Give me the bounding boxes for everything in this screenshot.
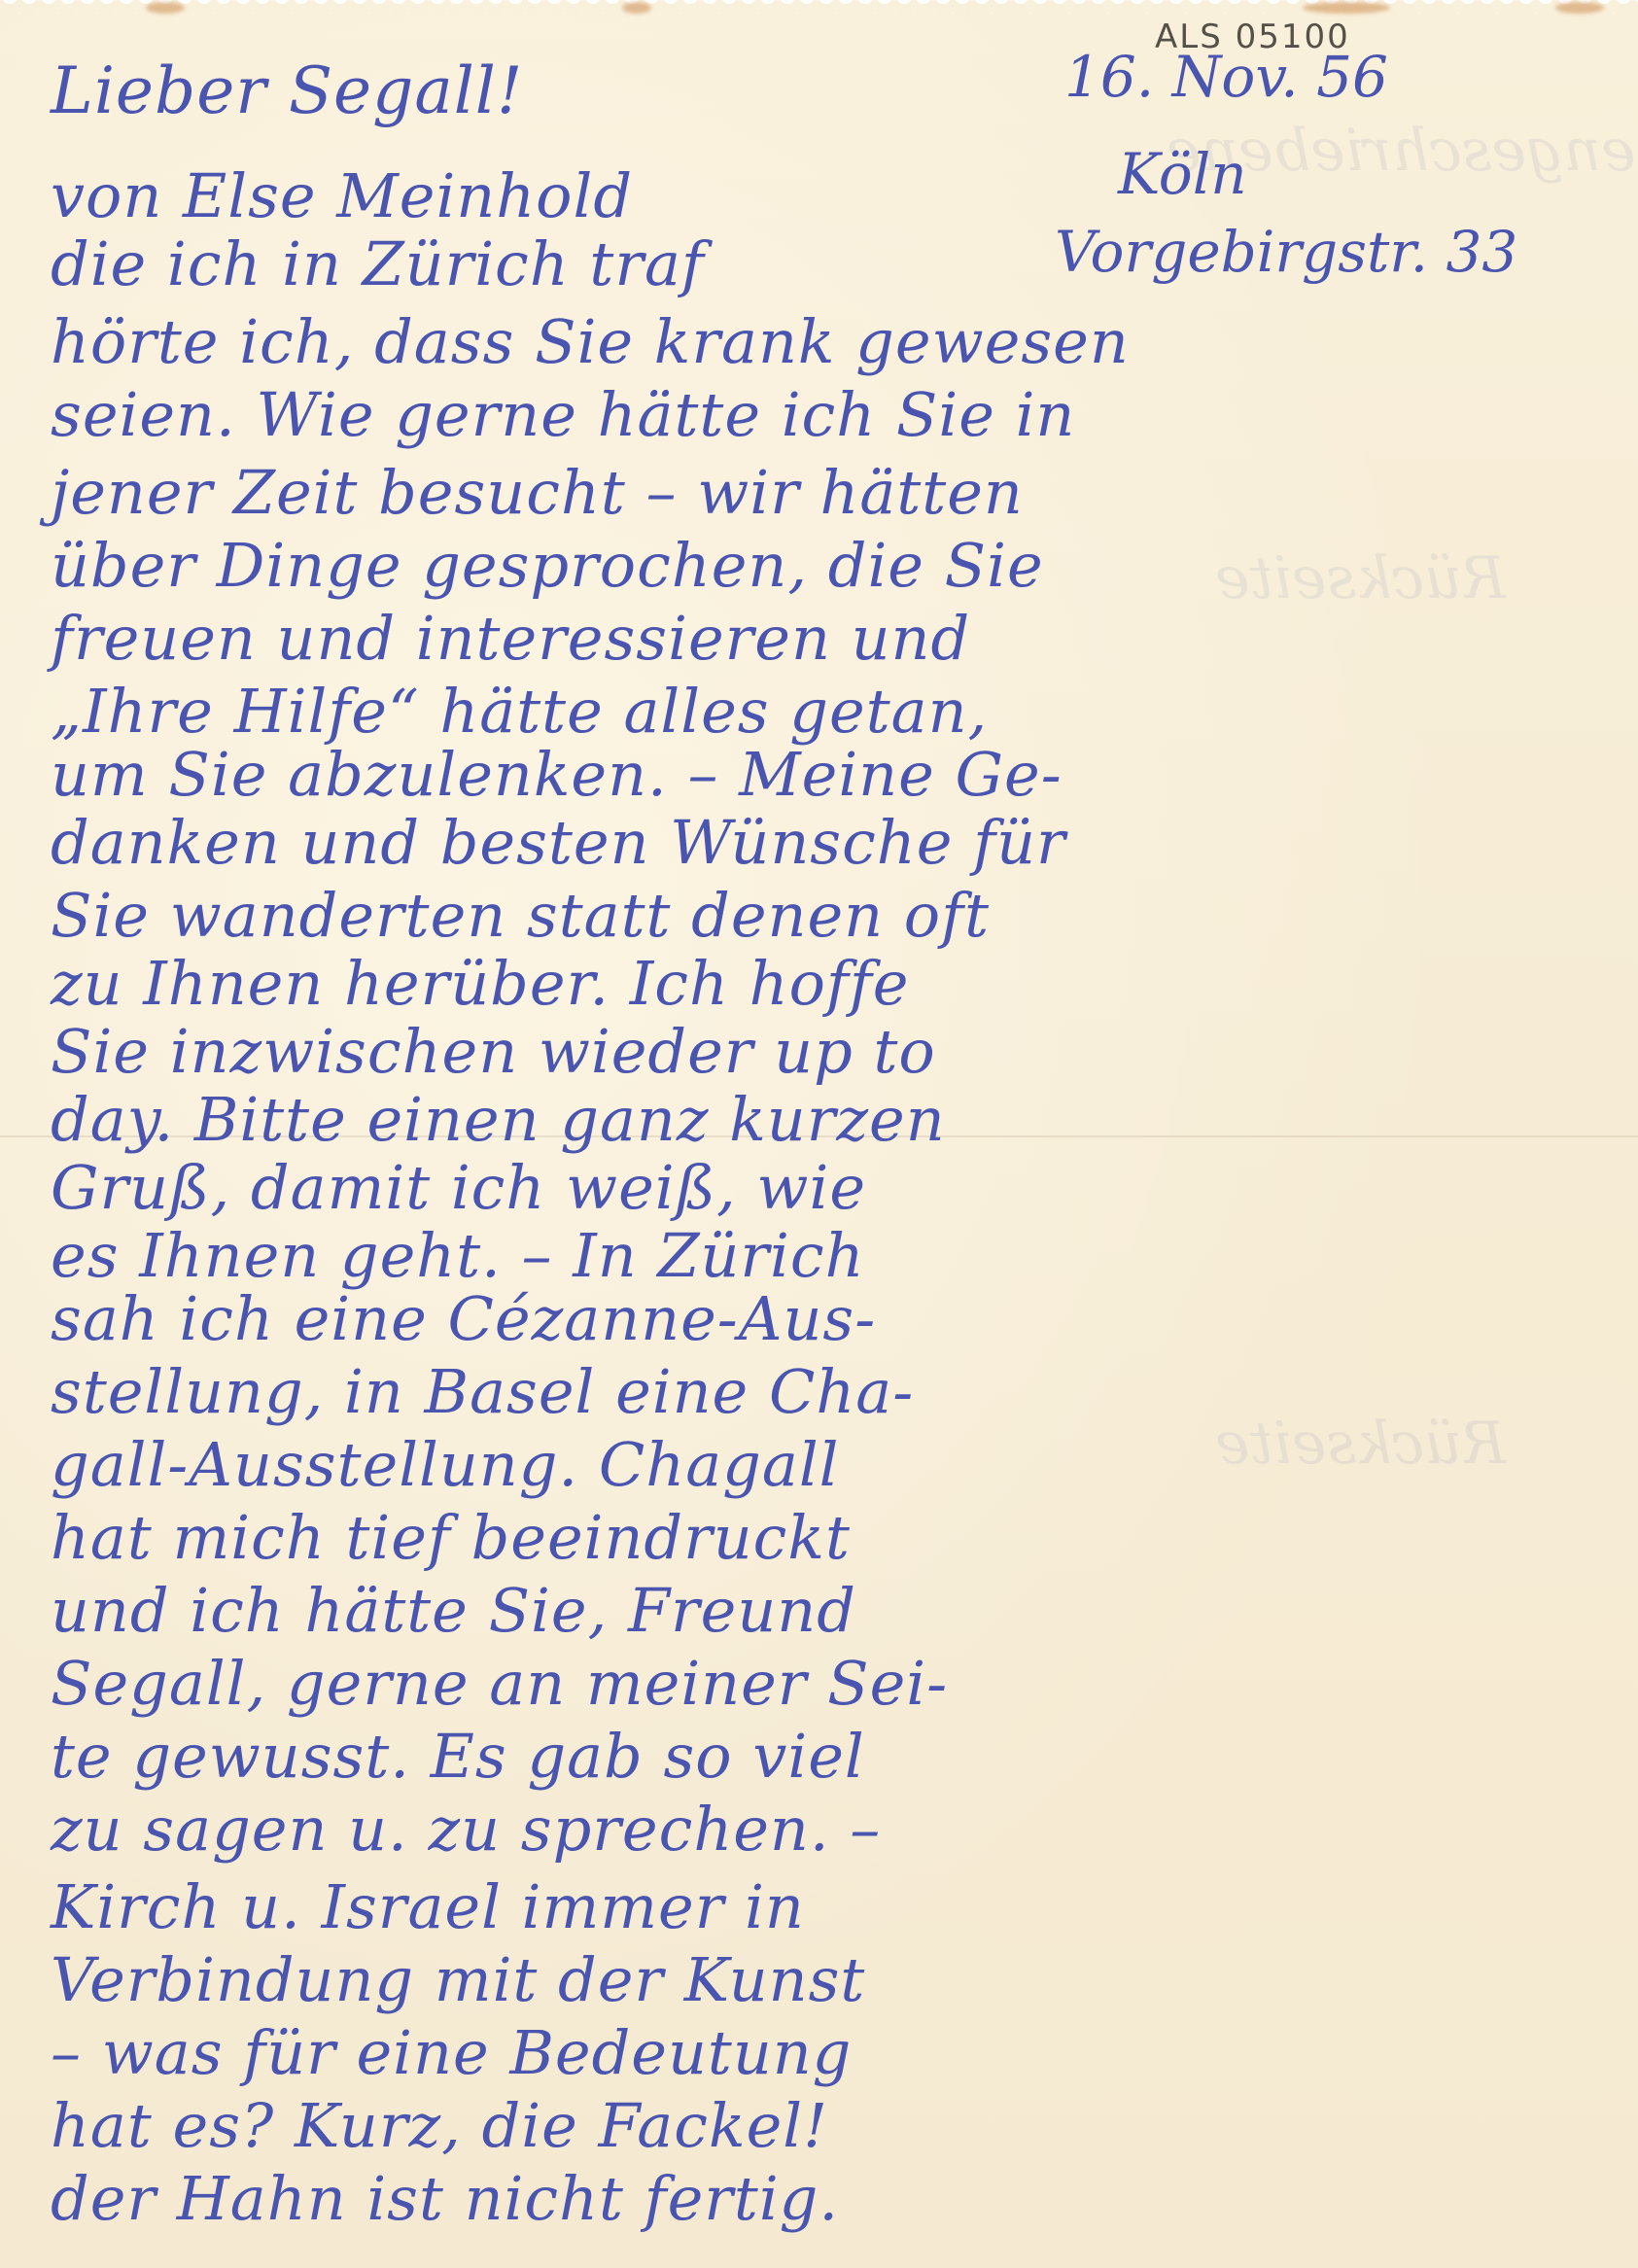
letter-line: der Hahn ist nicht fertig. <box>51 2163 839 2234</box>
rust-stain <box>1303 2 1390 14</box>
letter-line: zu Ihnen herüber. Ich hoffe <box>51 948 910 1019</box>
letter-line: Verbindung mit der Kunst <box>51 1944 865 2015</box>
letter-address: Vorgebirgstr. 33 <box>1055 219 1517 285</box>
letter-line: und ich hätte Sie, Freund <box>51 1575 856 1646</box>
letter-line: Kirch u. Israel immer in <box>51 1871 805 1942</box>
letter-line: jener Zeit besucht – wir hätten <box>51 457 1024 528</box>
ink-bleed-through: Rückseite <box>1215 1410 1506 1478</box>
letter-line: um Sie abzulenken. – Meine Ge- <box>51 739 1063 810</box>
letter-line: von Else Meinhold <box>51 160 633 231</box>
salutation: Lieber Segall! <box>51 53 523 128</box>
letter-line: Sie inzwischen wieder up to <box>51 1016 936 1087</box>
letter-line: te gewusst. Es gab so viel <box>51 1721 865 1792</box>
letter-line: es Ihnen geht. – In Zürich <box>51 1220 865 1291</box>
letter-line: freuen und interessieren und <box>51 603 970 674</box>
letter-line: hat mich tief beeindruckt <box>51 1502 851 1573</box>
letter-line: zu sagen u. zu sprechen. – <box>51 1794 881 1865</box>
rust-stain <box>1555 2 1604 14</box>
letter-line: die ich in Zürich traf <box>51 228 705 299</box>
letter-line: – was für eine Bedeutung <box>51 2017 852 2088</box>
letter-line: danken und besten Wünsche für <box>51 807 1066 878</box>
letter-page: Gegengeschriebene Rückseite Rückseite AL… <box>0 0 1638 2268</box>
letter-line: day. Bitte einen ganz kurzen <box>51 1084 946 1155</box>
letter-line: sah ich eine Cézanne-Aus- <box>51 1283 876 1354</box>
rust-stain <box>146 2 185 14</box>
letter-place: Köln <box>1118 141 1247 207</box>
letter-line: „Ihre Hilfe“ hätte alles getan, <box>51 676 988 747</box>
letter-line: stellung, in Basel eine Cha- <box>51 1356 914 1427</box>
letter-date: 16. Nov. 56 <box>1064 44 1388 110</box>
letter-line: hörte ich, dass Sie krank gewesen <box>51 306 1130 377</box>
letter-line: seien. Wie gerne hätte ich Sie in <box>51 379 1075 450</box>
letter-line: gall-Ausstellung. Chagall <box>51 1429 839 1500</box>
letter-line: Gruß, damit ich weiß, wie <box>51 1152 866 1223</box>
ink-bleed-through: Rückseite <box>1215 544 1506 612</box>
letter-line: Segall, gerne an meiner Sei- <box>51 1648 948 1719</box>
letter-line: hat es? Kurz, die Fackel! <box>51 2090 828 2161</box>
letter-line: Sie wanderten statt denen oft <box>51 880 990 951</box>
letter-line: über Dinge gesprochen, die Sie <box>51 530 1044 601</box>
perforated-edge <box>0 0 1638 14</box>
rust-stain <box>622 2 651 14</box>
